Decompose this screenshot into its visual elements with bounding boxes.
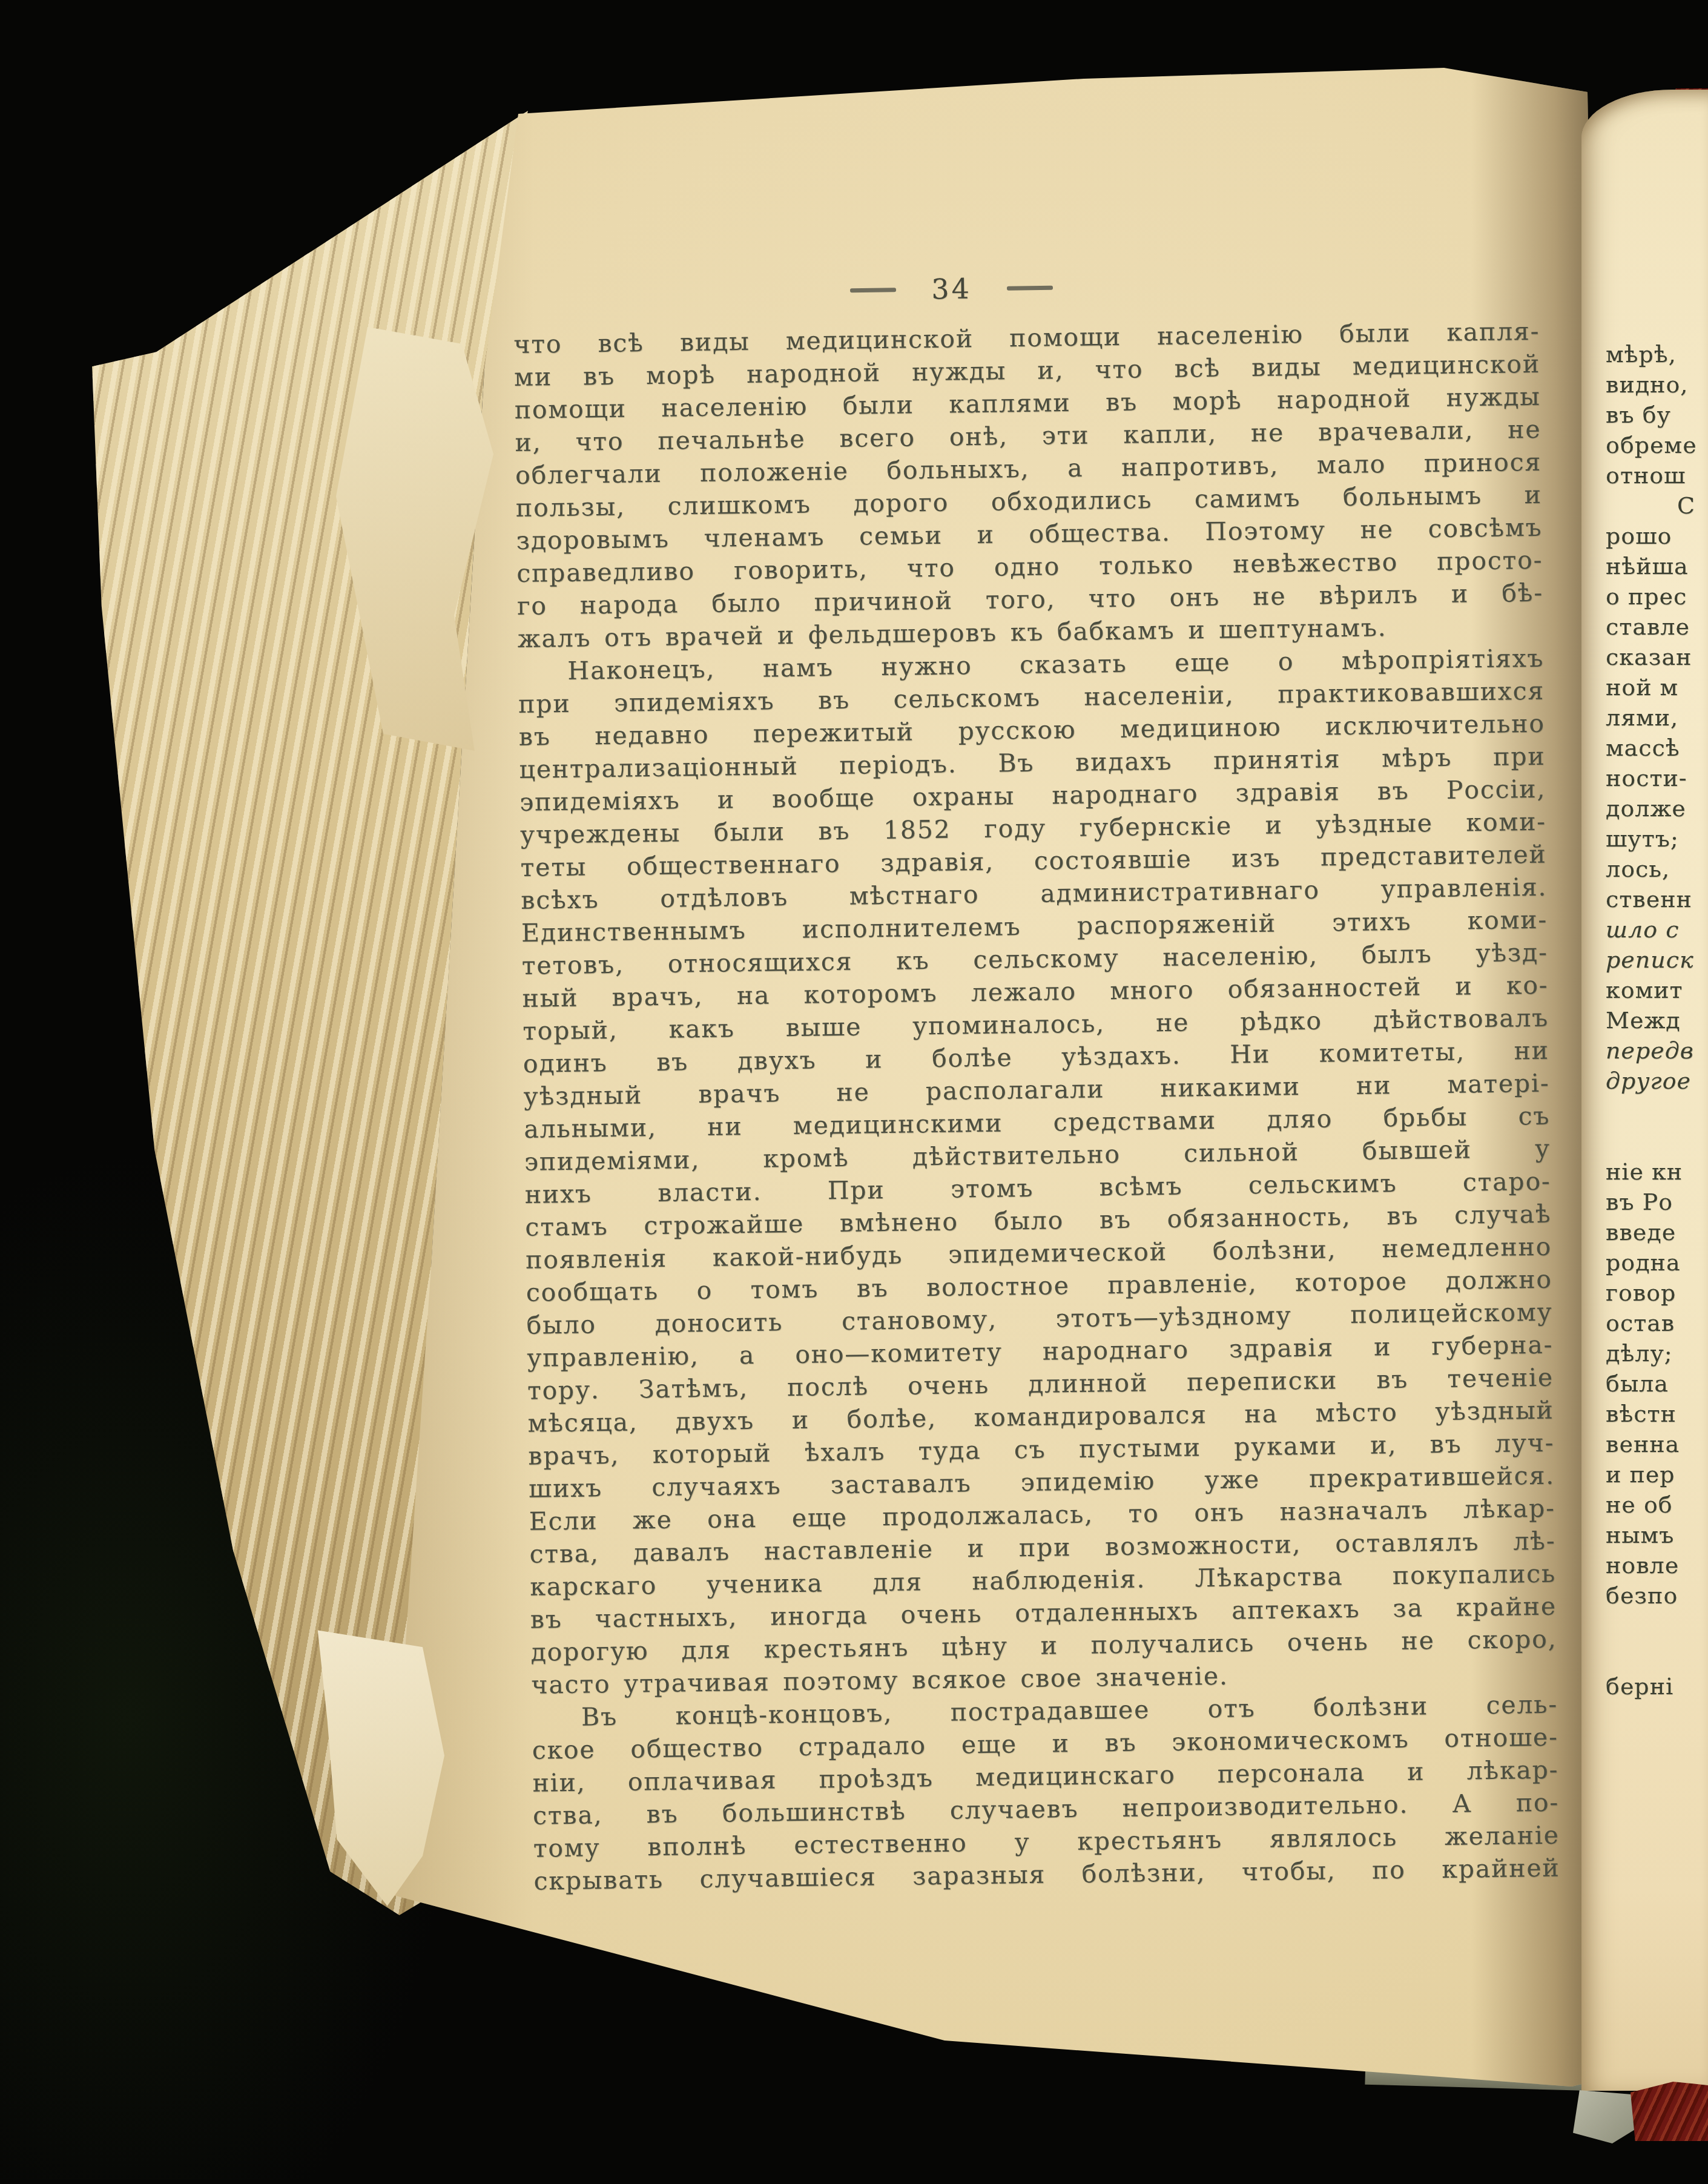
text-fragment: въ бу	[1606, 400, 1708, 430]
left-page: 34 что всѣ виды медицинской помощи насел…	[339, 54, 1611, 2095]
text-block: что всѣ виды медицинской помощи населені…	[513, 315, 1560, 1898]
text-fragment: венна	[1606, 1429, 1708, 1459]
text-fragment: массѣ	[1606, 733, 1708, 763]
text-fragment: отнош	[1606, 460, 1708, 490]
text-fragment: С	[1677, 490, 1708, 521]
text-fragment: ніе кн	[1606, 1156, 1708, 1187]
text-fragment: берні	[1606, 1671, 1708, 1701]
page-number-dash-left	[850, 288, 896, 292]
text-fragment: рошо	[1606, 521, 1708, 551]
text-fragment: реписк	[1606, 945, 1708, 975]
book-cover-red-bottom-right	[1631, 2082, 1708, 2141]
text-fragment: ственн	[1606, 884, 1708, 914]
text-fragment: ставле	[1606, 612, 1708, 642]
page-number-row: 34	[438, 266, 1465, 312]
text-fragment: долже	[1606, 793, 1708, 823]
text-fragment: сказан	[1606, 642, 1708, 672]
text-fragment: дѣлу;	[1606, 1338, 1708, 1368]
text-fragment: шутъ;	[1606, 823, 1708, 854]
text-fragment: и пер	[1606, 1459, 1708, 1490]
text-fragment: шло с	[1606, 914, 1708, 945]
text-fragment: введе	[1606, 1217, 1708, 1247]
text-fragment: вѣстн	[1606, 1399, 1708, 1429]
text-fragment: лось,	[1606, 854, 1708, 884]
text-fragment: ной м	[1606, 672, 1708, 702]
page-edge-grey-fragment	[1573, 2090, 1638, 2143]
text-fragment: лями,	[1606, 702, 1708, 733]
text-fragment: въ Ро	[1606, 1187, 1708, 1217]
book-photo: 34 что всѣ виды медицинской помощи насел…	[0, 0, 1708, 2184]
text-fragment: комит	[1606, 975, 1708, 1005]
text-fragment: новле	[1606, 1550, 1708, 1580]
text-fragment: родна	[1606, 1247, 1708, 1278]
text-fragment: другое	[1606, 1066, 1708, 1096]
text-fragment: не об	[1606, 1490, 1708, 1520]
right-page-edge: мѣрѣ,видно,въ буобремеотношСрошонѣйшао п…	[1581, 90, 1708, 2091]
text-fragment: передв	[1606, 1035, 1708, 1066]
right-column: мѣрѣ,видно,въ буобремеотношСрошонѣйшао п…	[1606, 339, 1708, 1701]
text-fragment: нѣйша	[1606, 551, 1708, 581]
text-fragment: о прес	[1606, 581, 1708, 612]
text-fragment: обреме	[1606, 430, 1708, 460]
text-fragment: ности-	[1606, 763, 1708, 793]
text-fragment: безпо	[1606, 1580, 1708, 1611]
text-fragment: мѣрѣ,	[1606, 339, 1708, 369]
page-number-dash-right	[1007, 285, 1053, 290]
text-fragment: нымъ	[1606, 1520, 1708, 1550]
text-fragment: остав	[1606, 1308, 1708, 1338]
text-fragment: Межд	[1606, 1005, 1708, 1035]
text-fragment: говор	[1606, 1278, 1708, 1308]
text-fragment: видно,	[1606, 369, 1708, 400]
page-number: 34	[931, 272, 972, 306]
text-fragment: была	[1606, 1368, 1708, 1399]
